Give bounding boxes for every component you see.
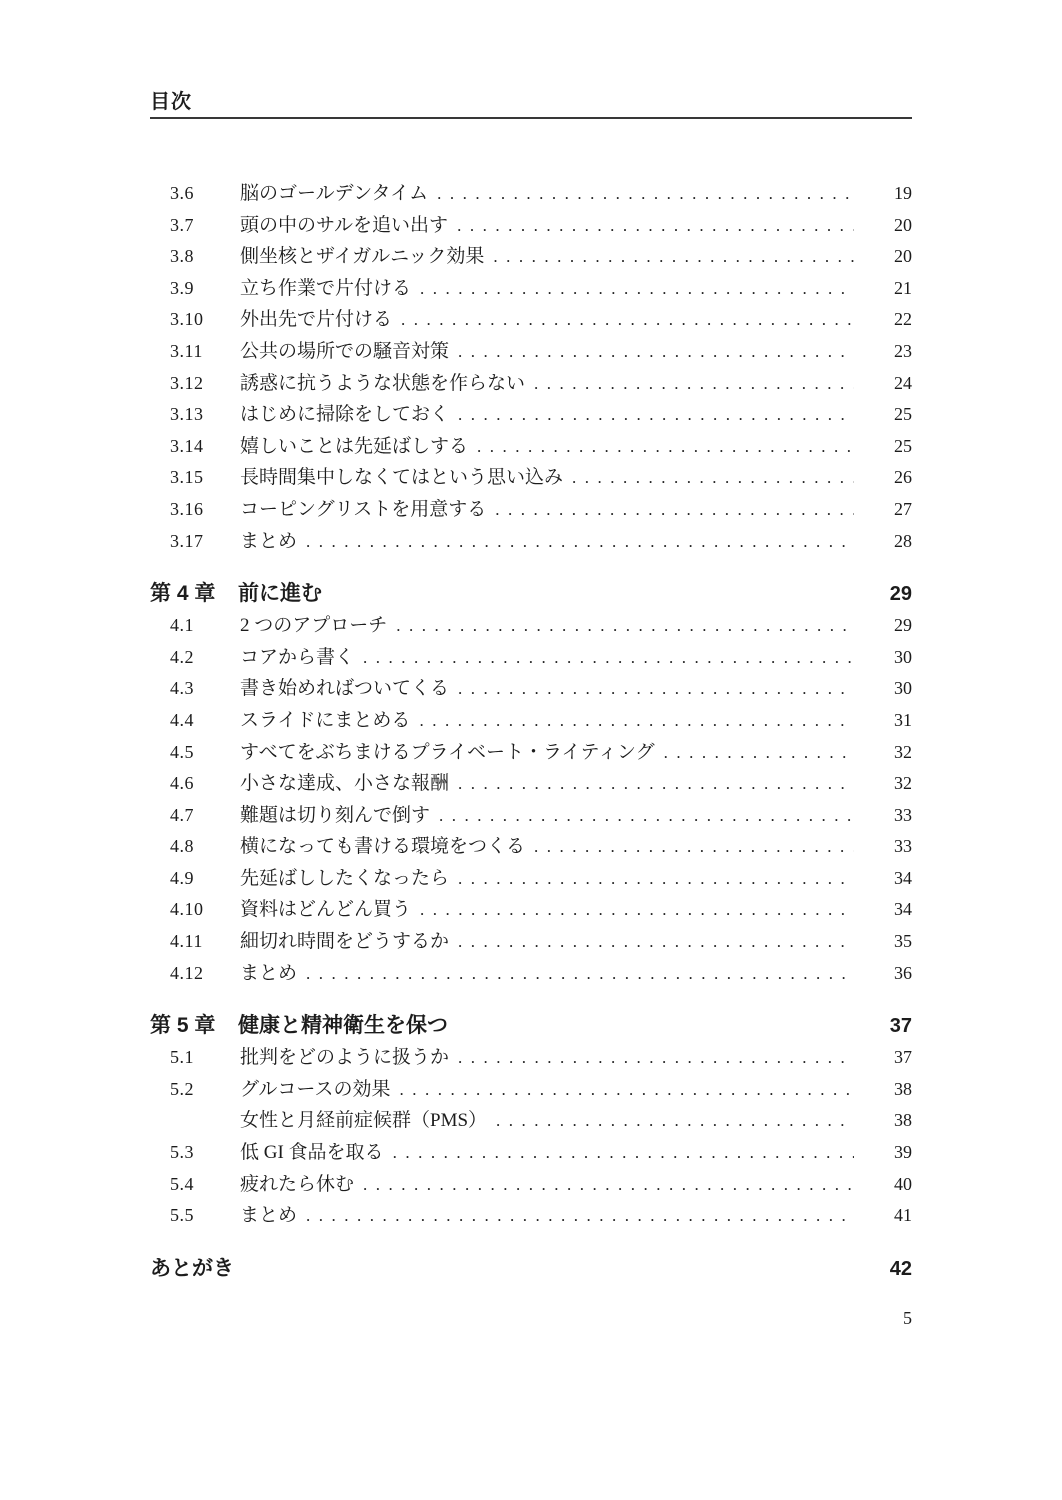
dot-leader (572, 462, 854, 494)
toc-entry-row[interactable]: 4.8 横になっても書ける環境をつくる 33 (150, 831, 912, 863)
entry-number: 4.8 (170, 831, 240, 863)
entry-title: スライドにまとめる (240, 705, 410, 737)
dot-leader (458, 399, 854, 431)
dot-leader (396, 610, 854, 642)
entry-page-number: 20 (854, 210, 912, 242)
entry-number: 3.14 (170, 431, 240, 463)
toc-chapter-row[interactable]: 第 4 章 前に進む 29 (150, 578, 912, 610)
dot-leader (458, 926, 854, 958)
entry-page-number: 22 (854, 304, 912, 336)
entry-number: 3.15 (170, 462, 240, 494)
dot-leader (437, 178, 854, 210)
chapter-page-number: 29 (890, 578, 912, 610)
entry-page-number: 26 (854, 462, 912, 494)
entry-page-number: 33 (854, 800, 912, 832)
entry-page-number: 31 (854, 705, 912, 737)
entry-page-number: 27 (854, 494, 912, 526)
dot-leader (306, 958, 854, 990)
entry-number: 5.4 (170, 1169, 240, 1201)
toc-entry-row[interactable]: 3.10 外出先で片付ける 22 (150, 304, 912, 336)
dot-leader (495, 494, 854, 526)
entry-page-number: 35 (854, 926, 912, 958)
entry-number: 3.16 (170, 494, 240, 526)
dot-leader (306, 1200, 854, 1232)
entry-title: 書き始めればついてくる (240, 673, 449, 705)
toc-list: 3.6 脳のゴールデンタイム 19 3.7 頭の中のサルを追い出す 20 3.8… (150, 178, 912, 1285)
entry-number: 4.10 (170, 894, 240, 926)
entry-number: 4.1 (170, 610, 240, 642)
toc-chapter-row[interactable]: 第 5 章 健康と精神衛生を保つ 37 (150, 1010, 912, 1042)
toc-entry-row[interactable]: 4.7 難題は切り刻んで倒す 33 (150, 800, 912, 832)
entry-page-number: 34 (854, 894, 912, 926)
entry-title: まとめ (240, 526, 297, 558)
entry-page-number: 19 (854, 178, 912, 210)
dot-leader (363, 642, 854, 674)
toc-entry-row[interactable]: 3.14 嬉しいことは先延ばしする 25 (150, 431, 912, 463)
entry-title: グルコースの効果 (240, 1074, 390, 1106)
toc-entry-row[interactable]: 4.3 書き始めればついてくる 30 (150, 673, 912, 705)
entry-page-number: 37 (854, 1042, 912, 1074)
dot-leader (420, 273, 854, 305)
toc-entry-row[interactable]: 4.12 まとめ 36 (150, 958, 912, 990)
entry-page-number: 40 (854, 1169, 912, 1201)
toc-entry-row[interactable]: 3.17 まとめ 28 (150, 526, 912, 558)
entry-title: はじめに掃除をしておく (240, 399, 449, 431)
dot-leader (458, 863, 854, 895)
running-header: 目次 (150, 92, 912, 119)
entry-title: 資料はどんどん買う (240, 894, 411, 926)
toc-entry-row[interactable]: 3.8 側坐核とザイガルニック効果 20 (150, 241, 912, 273)
toc-entry-row[interactable]: 3.7 頭の中のサルを追い出す 20 (150, 210, 912, 242)
dot-leader (664, 737, 854, 769)
entry-number: 3.11 (170, 336, 240, 368)
dot-leader (458, 336, 854, 368)
toc-entry-row[interactable]: 5.1 批判をどのように扱うか 37 (150, 1042, 912, 1074)
entry-title: 女性と月経前症候群（PMS） (240, 1105, 487, 1137)
toc-entry-row[interactable]: 女性と月経前症候群（PMS） 38 (150, 1105, 912, 1137)
toc-entry-row[interactable]: 5.5 まとめ 41 (150, 1200, 912, 1232)
entry-page-number: 34 (854, 863, 912, 895)
entry-page-number: 29 (854, 610, 912, 642)
entry-title: 頭の中のサルを追い出す (240, 210, 448, 242)
toc-entry-row[interactable]: 3.13 はじめに掃除をしておく 25 (150, 399, 912, 431)
dot-leader (439, 800, 854, 832)
entry-number: 4.11 (170, 926, 240, 958)
entry-title: 長時間集中しなくてはという思い込み (240, 462, 563, 494)
toc-entry-row[interactable]: 4.11 細切れ時間をどうするか 35 (150, 926, 912, 958)
entry-title: 低 GI 食品を取る (240, 1137, 384, 1169)
entry-number: 4.5 (170, 737, 240, 769)
toc-entry-row[interactable]: 4.9 先延ばししたくなったら 34 (150, 863, 912, 895)
entry-title: 嬉しいことは先延ばしする (240, 431, 468, 463)
entry-title: 誘惑に抗うような状態を作らない (240, 368, 525, 400)
entry-number: 4.3 (170, 673, 240, 705)
entry-title: 外出先で片付ける (240, 304, 392, 336)
dot-leader (393, 1137, 854, 1169)
entry-page-number: 30 (854, 673, 912, 705)
entry-title: 批判をどのように扱うか (240, 1042, 449, 1074)
chapter-label: あとがき (150, 1253, 238, 1285)
dot-leader (477, 431, 854, 463)
dot-leader (363, 1169, 854, 1201)
toc-entry-row[interactable]: 5.2 グルコースの効果 38 (150, 1074, 912, 1106)
document-page: 目次 3.6 脳のゴールデンタイム 19 3.7 頭の中のサルを追い出す 20 … (0, 0, 1062, 1500)
entry-title: 難題は切り刻んで倒す (240, 800, 430, 832)
entry-page-number: 41 (854, 1200, 912, 1232)
dot-leader (458, 1042, 854, 1074)
entry-number: 3.9 (170, 273, 240, 305)
entry-title: 脳のゴールデンタイム (240, 178, 428, 210)
toc-entry-row[interactable]: 3.9 立ち作業で片付ける 21 (150, 273, 912, 305)
chapter-page-number: 42 (890, 1253, 912, 1285)
entry-number: 4.12 (170, 958, 240, 990)
chapter-label: 第 4 章 (150, 578, 238, 610)
toc-entry-row[interactable]: 3.15 長時間集中しなくてはという思い込み 26 (150, 462, 912, 494)
entry-page-number: 36 (854, 958, 912, 990)
chapter-label: 第 5 章 (150, 1010, 238, 1042)
entry-title: 横になっても書ける環境をつくる (240, 831, 525, 863)
chapter-page-number: 37 (890, 1010, 912, 1042)
page-number-footer: 5 (903, 1308, 912, 1329)
toc-entry-row[interactable]: 4.4 スライドにまとめる 31 (150, 705, 912, 737)
chapter-title: 健康と精神衛生を保つ (238, 1010, 448, 1042)
entry-page-number: 39 (854, 1137, 912, 1169)
entry-number: 3.13 (170, 399, 240, 431)
entry-page-number: 30 (854, 642, 912, 674)
toc-entry-row[interactable]: 4.1 2 つのアプローチ 29 (150, 610, 912, 642)
toc-entry-row[interactable]: 4.10 資料はどんどん買う 34 (150, 894, 912, 926)
dot-leader (399, 1074, 854, 1106)
dot-leader (401, 304, 854, 336)
dot-leader (534, 831, 854, 863)
entry-page-number: 23 (854, 336, 912, 368)
entry-title: 立ち作業で片付ける (240, 273, 411, 305)
entry-page-number: 21 (854, 273, 912, 305)
entry-page-number: 25 (854, 431, 912, 463)
entry-page-number: 38 (854, 1105, 912, 1137)
entry-number: 5.1 (170, 1042, 240, 1074)
entry-number: 3.10 (170, 304, 240, 336)
entry-title: すべてをぶちまけるプライベート・ライティング (240, 737, 655, 769)
entry-number: 5.3 (170, 1137, 240, 1169)
dot-leader (457, 210, 854, 242)
dot-leader (306, 526, 854, 558)
dot-leader (496, 1105, 854, 1137)
toc-chapter-row[interactable]: あとがき 42 (150, 1253, 912, 1285)
toc-entry-row[interactable]: 5.3 低 GI 食品を取る 39 (150, 1137, 912, 1169)
entry-number: 5.5 (170, 1200, 240, 1232)
entry-number: 4.4 (170, 705, 240, 737)
dot-leader (534, 368, 854, 400)
dot-leader (458, 768, 854, 800)
entry-title: 側坐核とザイガルニック効果 (240, 241, 484, 273)
entry-page-number: 33 (854, 831, 912, 863)
chapter-title: 前に進む (238, 578, 322, 610)
toc-entry-row[interactable]: 4.5 すべてをぶちまけるプライベート・ライティング 32 (150, 737, 912, 769)
toc-entry-row[interactable]: 3.12 誘惑に抗うような状態を作らない 24 (150, 368, 912, 400)
toc-entry-row[interactable]: 4.6 小さな達成、小さな報酬 32 (150, 768, 912, 800)
entry-number: 4.9 (170, 863, 240, 895)
dot-leader (419, 705, 854, 737)
entry-number: 5.2 (170, 1074, 240, 1106)
entry-page-number: 28 (854, 526, 912, 558)
entry-title: 細切れ時間をどうするか (240, 926, 449, 958)
entry-number: 3.6 (170, 178, 240, 210)
entry-title: コーピングリストを用意する (240, 494, 486, 526)
toc-entry-row[interactable]: 5.4 疲れたら休む 40 (150, 1169, 912, 1201)
entry-number: 3.17 (170, 526, 240, 558)
toc-entry-row[interactable]: 3.11 公共の場所での騒音対策 23 (150, 336, 912, 368)
entry-number: 4.7 (170, 800, 240, 832)
entry-number: 4.2 (170, 642, 240, 674)
entry-page-number: 25 (854, 399, 912, 431)
entry-page-number: 32 (854, 737, 912, 769)
entry-number: 3.7 (170, 210, 240, 242)
entry-page-number: 24 (854, 368, 912, 400)
toc-entry-row[interactable]: 4.2 コアから書く 30 (150, 642, 912, 674)
dot-leader (420, 894, 854, 926)
entry-page-number: 32 (854, 768, 912, 800)
entry-title: 公共の場所での騒音対策 (240, 336, 449, 368)
entry-title: まとめ (240, 958, 297, 990)
entry-number: 4.6 (170, 768, 240, 800)
entry-title: 先延ばししたくなったら (240, 863, 449, 895)
entry-title: 小さな達成、小さな報酬 (240, 768, 449, 800)
entry-page-number: 38 (854, 1074, 912, 1106)
toc-entry-row[interactable]: 3.6 脳のゴールデンタイム 19 (150, 178, 912, 210)
dot-leader (458, 673, 854, 705)
page-title: 目次 (150, 91, 192, 113)
entry-title: まとめ (240, 1200, 297, 1232)
dot-leader (493, 241, 854, 273)
entry-title: コアから書く (240, 642, 354, 674)
entry-number: 3.12 (170, 368, 240, 400)
entry-number: 3.8 (170, 241, 240, 273)
entry-page-number: 20 (854, 241, 912, 273)
entry-title: 疲れたら休む (240, 1169, 354, 1201)
entry-title: 2 つのアプローチ (240, 610, 387, 642)
toc-entry-row[interactable]: 3.16 コーピングリストを用意する 27 (150, 494, 912, 526)
